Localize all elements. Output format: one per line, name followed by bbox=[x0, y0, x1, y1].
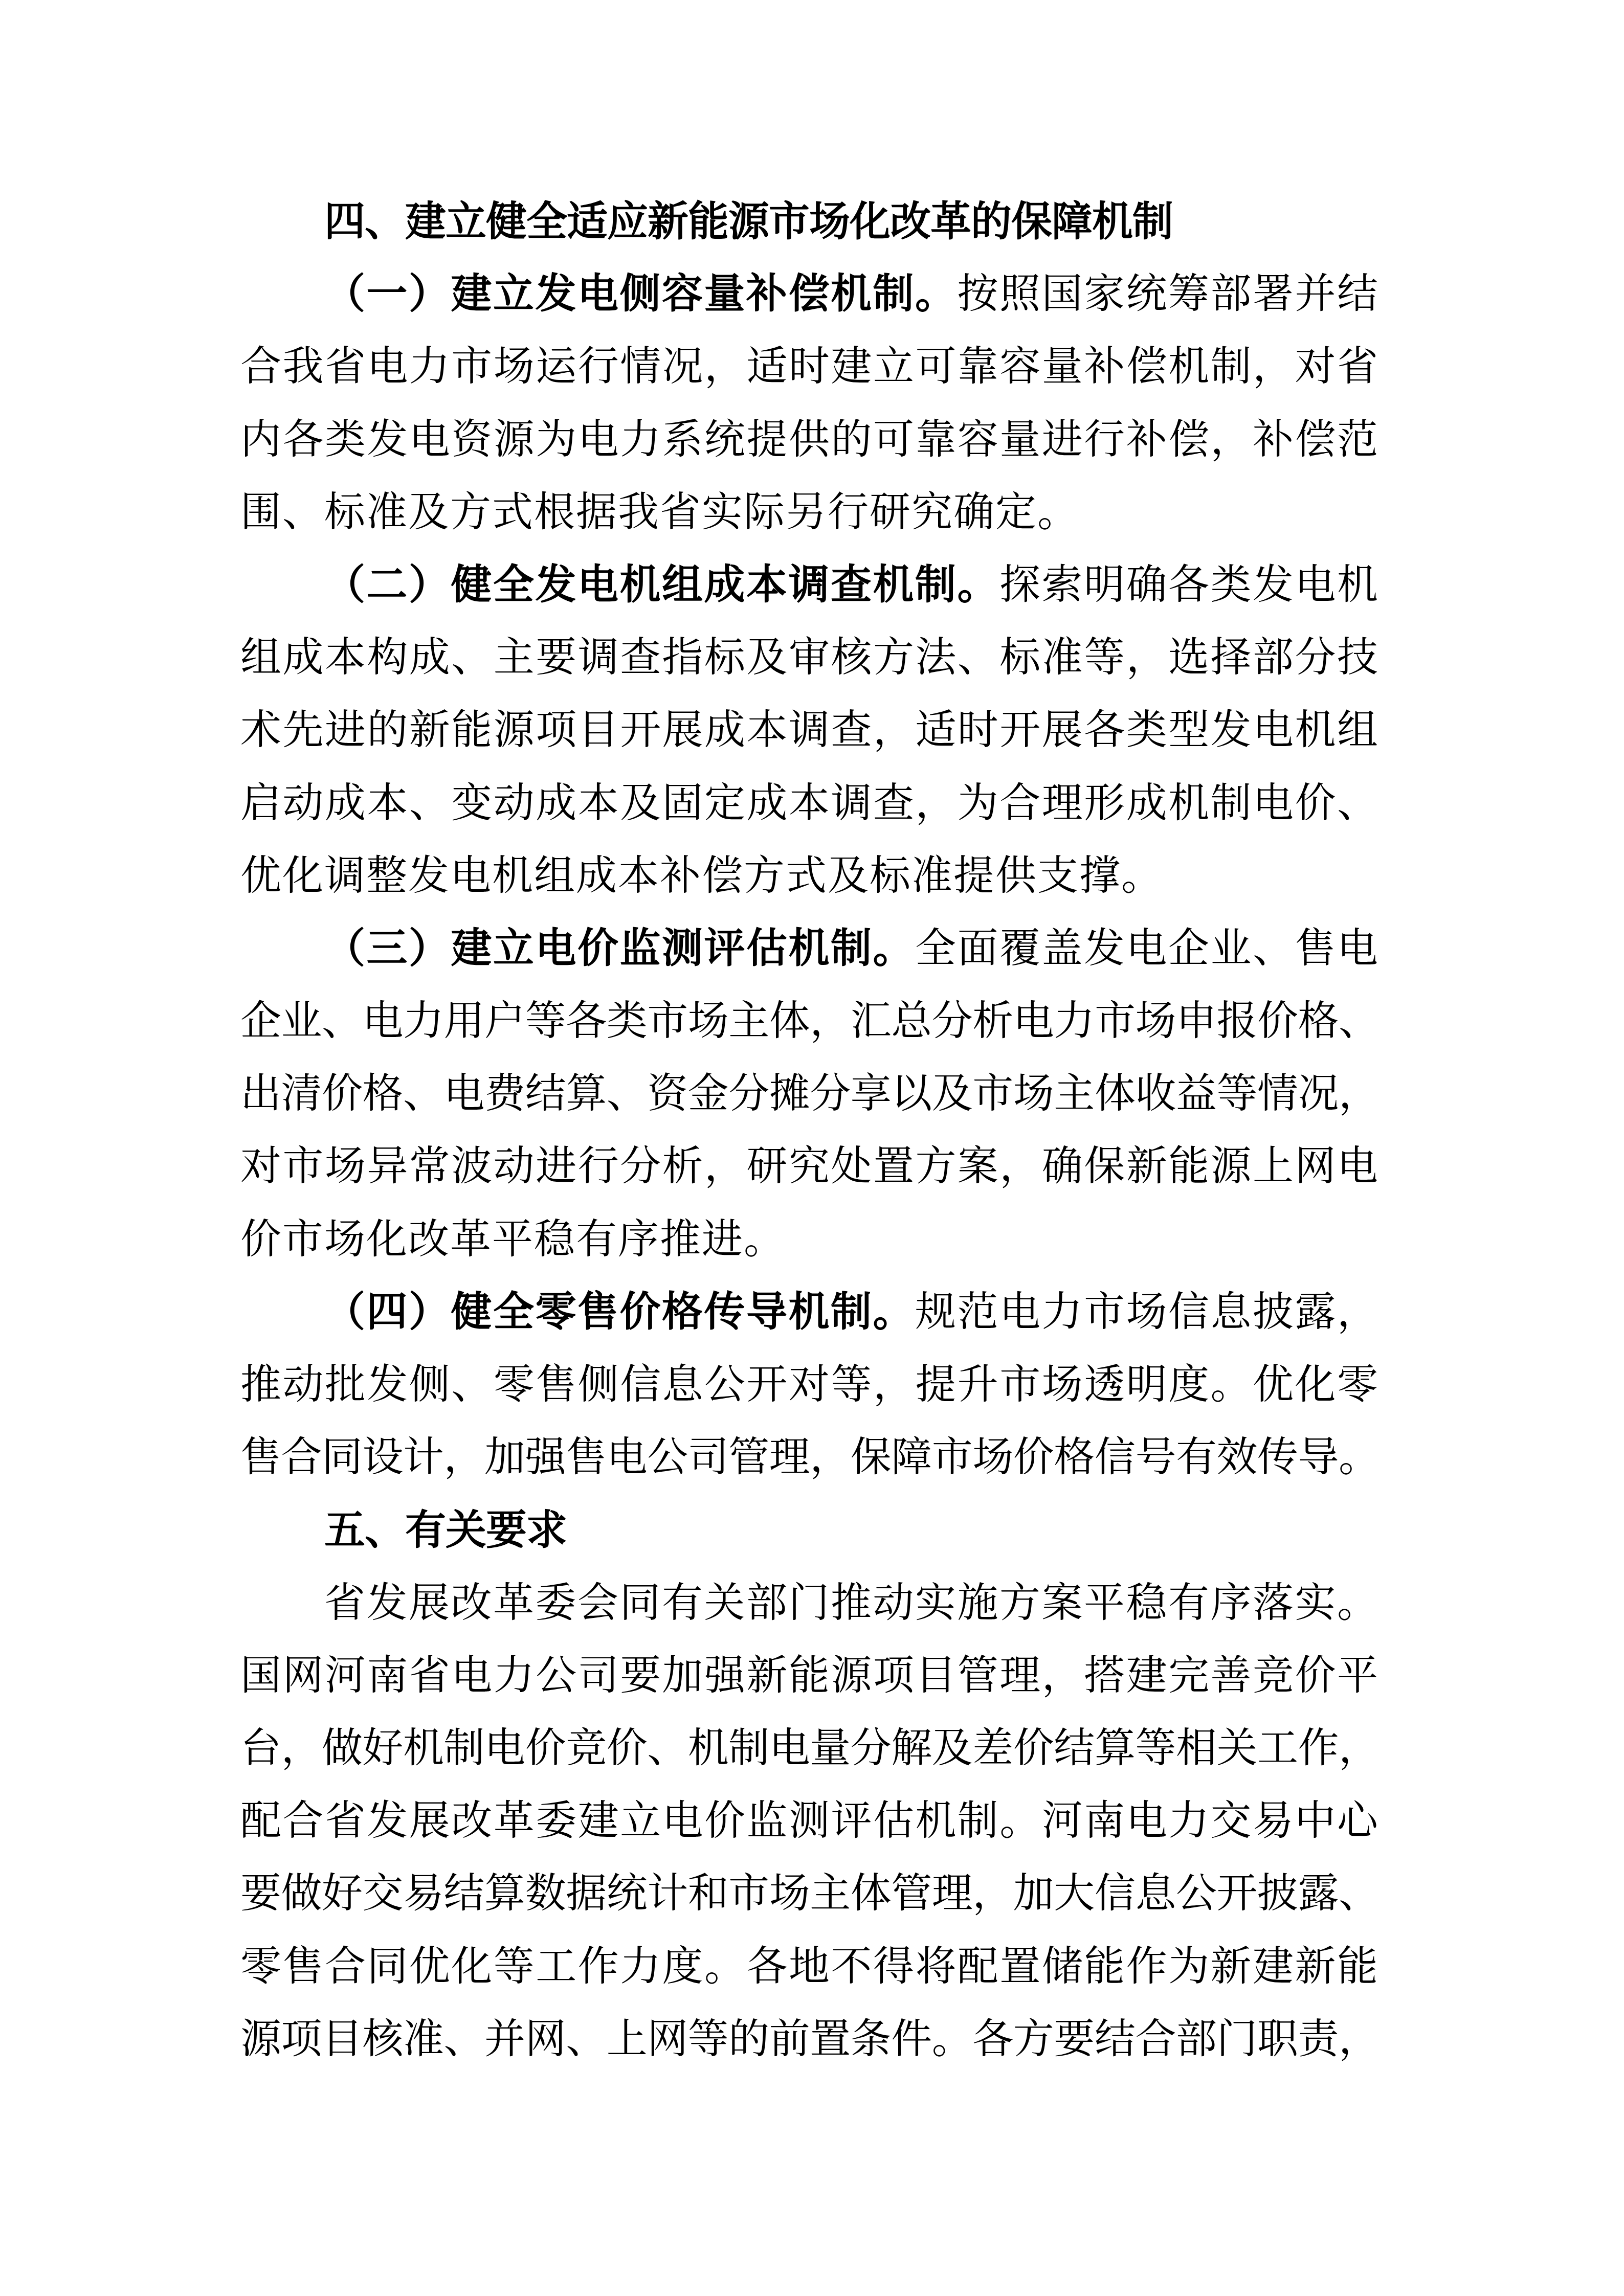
para-5-line-4: 配合省发展改革委建立电价监测评估机制。河南电力交易中心 bbox=[240, 1785, 1379, 1857]
bold-lead-text: （一）建立发电侧容量补偿机制。 bbox=[324, 272, 958, 317]
body-text: 组成本构成、主要调查指标及审核方法、标准等，选择部分技 bbox=[240, 635, 1379, 680]
para-5-line-6: 零售合同优化等工作力度。各地不得将配置储能作为新建新能 bbox=[240, 1930, 1379, 2003]
body-text: 价市场化改革平稳有序推进。 bbox=[240, 1217, 786, 1262]
body-text: 零售合同优化等工作力度。各地不得将配置储能作为新建新能 bbox=[240, 1944, 1379, 1989]
body-text: 内各类发电资源为电力系统提供的可靠容量进行补偿，补偿范 bbox=[240, 417, 1379, 462]
body-text: 省发展改革委会同有关部门推动实施方案平稳有序落实。 bbox=[324, 1581, 1379, 1626]
body-text: 出清价格、电费结算、资金分摊分享以及市场主体收益等情况， bbox=[240, 1071, 1379, 1116]
para-2-line-2: 组成本构成、主要调查指标及审核方法、标准等，选择部分技 bbox=[240, 621, 1379, 694]
para-1-line-4: 围、标准及方式根据我省实际另行研究确定。 bbox=[240, 476, 1379, 549]
para-3-line-1: （三）建立电价监测评估机制。全面覆盖发电企业、售电 bbox=[240, 912, 1379, 985]
document-page: 四、建立健全适应新能源市场化改革的保障机制（一）建立发电侧容量补偿机制。按照国家… bbox=[0, 0, 1624, 2296]
body-text: 售合同设计，加强售电公司管理，保障市场价格信号有效传导。 bbox=[240, 1435, 1379, 1480]
para-1-line-3: 内各类发电资源为电力系统提供的可靠容量进行补偿，补偿范 bbox=[240, 403, 1379, 476]
body-text: 企业、电力用户等各类市场主体，汇总分析电力市场申报价格、 bbox=[240, 999, 1379, 1044]
body-text: 按照国家统筹部署并结 bbox=[958, 272, 1380, 317]
para-5-line-5: 要做好交易结算数据统计和市场主体管理，加大信息公开披露、 bbox=[240, 1857, 1379, 1930]
bold-lead-text: （四）健全零售价格传导机制。 bbox=[324, 1290, 915, 1335]
body-text: 要做好交易结算数据统计和市场主体管理，加大信息公开披露、 bbox=[240, 1871, 1379, 1916]
para-1-line-2: 合我省电力市场运行情况，适时建立可靠容量补偿机制，对省 bbox=[240, 330, 1379, 403]
para-3-line-4: 对市场异常波动进行分析，研究处置方案，确保新能源上网电 bbox=[240, 1130, 1379, 1203]
para-2-line-4: 启动成本、变动成本及固定成本调查，为合理形成机制电价、 bbox=[240, 767, 1379, 840]
bold-lead-text: 四、建立健全适应新能源市场化改革的保障机制 bbox=[324, 198, 1173, 244]
para-5-line-2: 国网河南省电力公司要加强新能源项目管理，搭建完善竞价平 bbox=[240, 1639, 1379, 1712]
para-3-line-2: 企业、电力用户等各类市场主体，汇总分析电力市场申报价格、 bbox=[240, 985, 1379, 1057]
para-2-line-1: （二）健全发电机组成本调查机制。探索明确各类发电机 bbox=[240, 549, 1379, 621]
para-3-line-5: 价市场化改革平稳有序推进。 bbox=[240, 1203, 1379, 1276]
body-text: 术先进的新能源项目开展成本调查，适时开展各类型发电机组 bbox=[240, 708, 1379, 753]
body-text: 推动批发侧、零售侧信息公开对等，提升市场透明度。优化零 bbox=[240, 1362, 1379, 1407]
body-text: 合我省电力市场运行情况，适时建立可靠容量补偿机制，对省 bbox=[240, 344, 1379, 389]
section-heading-4: 四、建立健全适应新能源市场化改革的保障机制 bbox=[240, 185, 1379, 258]
para-5-line-3: 台，做好机制电价竞价、机制电量分解及差价结算等相关工作， bbox=[240, 1712, 1379, 1785]
body-text: 国网河南省电力公司要加强新能源项目管理，搭建完善竞价平 bbox=[240, 1653, 1379, 1698]
bold-lead-text: 五、有关要求 bbox=[324, 1507, 567, 1552]
para-5-line-1: 省发展改革委会同有关部门推动实施方案平稳有序落实。 bbox=[240, 1567, 1379, 1639]
body-text: 启动成本、变动成本及固定成本调查，为合理形成机制电价、 bbox=[240, 781, 1379, 826]
para-3-line-3: 出清价格、电费结算、资金分摊分享以及市场主体收益等情况， bbox=[240, 1057, 1379, 1130]
para-2-line-3: 术先进的新能源项目开展成本调查，适时开展各类型发电机组 bbox=[240, 694, 1379, 767]
body-text: 全面覆盖发电企业、售电 bbox=[915, 926, 1379, 971]
bold-lead-text: （三）建立电价监测评估机制。 bbox=[324, 926, 915, 971]
para-2-line-5: 优化调整发电机组成本补偿方式及标准提供支撑。 bbox=[240, 840, 1379, 912]
body-text: 对市场异常波动进行分析，研究处置方案，确保新能源上网电 bbox=[240, 1144, 1379, 1189]
para-5-line-7: 源项目核准、并网、上网等的前置条件。各方要结合部门职责， bbox=[240, 2003, 1379, 2076]
body-text: 台，做好机制电价竞价、机制电量分解及差价结算等相关工作， bbox=[240, 1726, 1379, 1771]
document-text-block: 四、建立健全适应新能源市场化改革的保障机制（一）建立发电侧容量补偿机制。按照国家… bbox=[240, 185, 1379, 2076]
body-text: 规范电力市场信息披露， bbox=[915, 1290, 1379, 1335]
body-text: 优化调整发电机组成本补偿方式及标准提供支撑。 bbox=[240, 853, 1163, 898]
bold-lead-text: （二）健全发电机组成本调查机制。 bbox=[324, 562, 999, 607]
body-text: 围、标准及方式根据我省实际另行研究确定。 bbox=[240, 490, 1079, 535]
body-text: 探索明确各类发电机 bbox=[999, 562, 1379, 607]
body-text: 源项目核准、并网、上网等的前置条件。各方要结合部门职责， bbox=[240, 2017, 1379, 2062]
section-heading-5: 五、有关要求 bbox=[240, 1494, 1379, 1566]
para-4-line-2: 推动批发侧、零售侧信息公开对等，提升市场透明度。优化零 bbox=[240, 1348, 1379, 1421]
para-1-line-1: （一）建立发电侧容量补偿机制。按照国家统筹部署并结 bbox=[240, 258, 1379, 330]
body-text: 配合省发展改革委建立电价监测评估机制。河南电力交易中心 bbox=[240, 1798, 1379, 1843]
para-4-line-1: （四）健全零售价格传导机制。规范电力市场信息披露， bbox=[240, 1276, 1379, 1348]
para-4-line-3: 售合同设计，加强售电公司管理，保障市场价格信号有效传导。 bbox=[240, 1421, 1379, 1494]
